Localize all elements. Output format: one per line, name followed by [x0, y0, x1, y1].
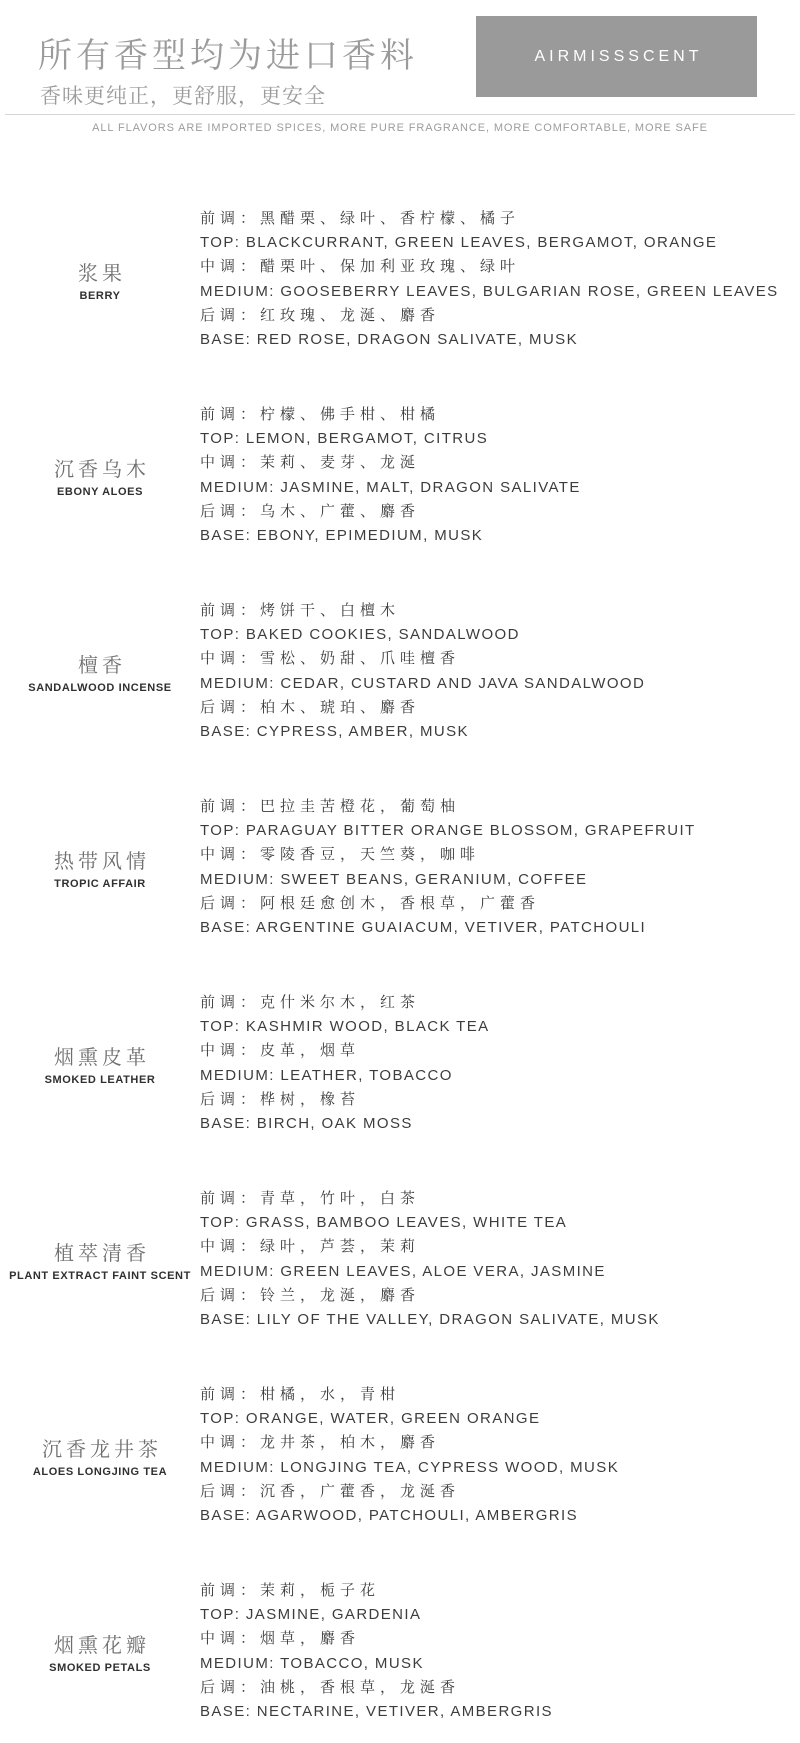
- section-notes: 前调：黑醋栗、绿叶、香柠檬、橘子TOP: BLACKCURRANT, GREEN…: [200, 207, 800, 352]
- note-line: 后调：沉香，广藿香，龙涎香: [200, 1480, 800, 1504]
- note-line: 后调：油桃，香根草，龙涎香: [200, 1676, 800, 1700]
- note-line: BASE: NECTARINE, VETIVER, AMBERGRIS: [200, 1700, 800, 1724]
- note-line: BASE: AGARWOOD, PATCHOULI, AMBERGRIS: [200, 1504, 800, 1528]
- note-line: 前调：青草，竹叶，白茶: [200, 1187, 800, 1211]
- section-name-chinese: 烟熏花瓣: [50, 1629, 150, 1658]
- note-line: 中调：茉莉、麦芽、龙涎: [200, 451, 800, 475]
- note-line: TOP: PARAGUAY BITTER ORANGE BLOSSOM, GRA…: [200, 819, 800, 843]
- note-line: MEDIUM: GREEN LEAVES, ALOE VERA, JASMINE: [200, 1260, 800, 1284]
- note-line: 前调：克什米尔木，红茶: [200, 991, 800, 1015]
- note-line: 前调：柑橘，水，青柑: [200, 1383, 800, 1407]
- fragrance-section: 热带风情 TROPIC AFFAIR 前调：巴拉圭苦橙花，葡萄柚TOP: PAR…: [0, 795, 800, 991]
- note-line: BASE: ARGENTINE GUAIACUM, VETIVER, PATCH…: [200, 916, 800, 940]
- section-name-chinese: 热带风情: [50, 845, 150, 874]
- note-line: 中调：皮革，烟草: [200, 1039, 800, 1063]
- section-label: 浆果 BERRY: [0, 207, 200, 352]
- note-line: 中调：零陵香豆，天竺葵，咖啡: [200, 843, 800, 867]
- note-line: BASE: CYPRESS, AMBER, MUSK: [200, 720, 800, 744]
- fragrance-section: 沉香龙井茶 ALOES LONGJING TEA 前调：柑橘，水，青柑TOP: …: [0, 1383, 800, 1579]
- section-name-english: EBONY ALOES: [57, 486, 143, 498]
- brand-badge: AIRMISSSCENT: [476, 16, 757, 97]
- fragrance-section: 浆果 BERRY 前调：黑醋栗、绿叶、香柠檬、橘子TOP: BLACKCURRA…: [0, 207, 800, 403]
- section-name-english: TROPIC AFFAIR: [54, 878, 146, 890]
- note-line: 前调：茉莉，栀子花: [200, 1579, 800, 1603]
- fragrance-section: 檀香 SANDALWOOD INCENSE 前调：烤饼干、白檀木TOP: BAK…: [0, 599, 800, 795]
- note-line: MEDIUM: SWEET BEANS, GERANIUM, COFFEE: [200, 868, 800, 892]
- section-label: 烟熏花瓣 SMOKED PETALS: [0, 1579, 200, 1724]
- section-name-chinese: 檀香: [74, 649, 126, 678]
- fragrance-section: 植萃清香 PLANT EXTRACT FAINT SCENT 前调：青草，竹叶，…: [0, 1187, 800, 1383]
- section-notes: 前调：茉莉，栀子花TOP: JASMINE, GARDENIA中调：烟草，麝香M…: [200, 1579, 800, 1724]
- note-line: 后调：阿根廷愈创木，香根草，广藿香: [200, 892, 800, 916]
- section-notes: 前调：柑橘，水，青柑TOP: ORANGE, WATER, GREEN ORAN…: [200, 1383, 800, 1528]
- note-line: BASE: LILY OF THE VALLEY, DRAGON SALIVAT…: [200, 1308, 800, 1332]
- section-notes: 前调：克什米尔木，红茶TOP: KASHMIR WOOD, BLACK TEA中…: [200, 991, 800, 1136]
- note-line: MEDIUM: LONGJING TEA, CYPRESS WOOD, MUSK: [200, 1456, 800, 1480]
- section-notes: 前调：柠檬、佛手柑、柑橘TOP: LEMON, BERGAMOT, CITRUS…: [200, 403, 800, 548]
- note-line: 后调：柏木、琥珀、麝香: [200, 696, 800, 720]
- section-name-english: SANDALWOOD INCENSE: [28, 682, 171, 694]
- section-label: 沉香乌木 EBONY ALOES: [0, 403, 200, 548]
- section-label: 沉香龙井茶 ALOES LONGJING TEA: [0, 1383, 200, 1528]
- section-notes: 前调：青草，竹叶，白茶TOP: GRASS, BAMBOO LEAVES, WH…: [200, 1187, 800, 1332]
- section-name-english: SMOKED LEATHER: [45, 1074, 156, 1086]
- section-name-english: BERRY: [79, 290, 120, 302]
- note-line: MEDIUM: JASMINE, MALT, DRAGON SALIVATE: [200, 476, 800, 500]
- section-name-english: SMOKED PETALS: [49, 1662, 151, 1674]
- section-name-chinese: 浆果: [74, 257, 126, 286]
- section-name-english: ALOES LONGJING TEA: [33, 1466, 167, 1478]
- note-line: TOP: JASMINE, GARDENIA: [200, 1603, 800, 1627]
- note-line: BASE: BIRCH, OAK MOSS: [200, 1112, 800, 1136]
- note-line: 后调：桦树，橡苔: [200, 1088, 800, 1112]
- section-name-english: PLANT EXTRACT FAINT SCENT: [9, 1270, 191, 1282]
- fragrance-section: 烟熏花瓣 SMOKED PETALS 前调：茉莉，栀子花TOP: JASMINE…: [0, 1579, 800, 1724]
- section-notes: 前调：烤饼干、白檀木TOP: BAKED COOKIES, SANDALWOOD…: [200, 599, 800, 744]
- note-line: BASE: EBONY, EPIMEDIUM, MUSK: [200, 524, 800, 548]
- fragrance-section: 沉香乌木 EBONY ALOES 前调：柠檬、佛手柑、柑橘TOP: LEMON,…: [0, 403, 800, 599]
- brand-name: AIRMISSSCENT: [530, 48, 702, 66]
- fragrance-section: 烟熏皮革 SMOKED LEATHER 前调：克什米尔木，红茶TOP: KASH…: [0, 991, 800, 1187]
- note-line: 前调：黑醋栗、绿叶、香柠檬、橘子: [200, 207, 800, 231]
- section-name-chinese: 烟熏皮革: [50, 1041, 150, 1070]
- page-title: 所有香型均为进口香料: [38, 28, 418, 77]
- header-divider: [5, 114, 795, 115]
- note-line: 中调：绿叶，芦荟，茉莉: [200, 1235, 800, 1259]
- section-notes: 前调：巴拉圭苦橙花，葡萄柚TOP: PARAGUAY BITTER ORANGE…: [200, 795, 800, 940]
- note-line: TOP: GRASS, BAMBOO LEAVES, WHITE TEA: [200, 1211, 800, 1235]
- section-name-chinese: 沉香龙井茶: [38, 1433, 162, 1462]
- note-line: 中调：雪松、奶甜、爪哇檀香: [200, 647, 800, 671]
- page-header: 所有香型均为进口香料 AIRMISSSCENT 香味更纯正，更舒服，更安全 AL…: [0, 0, 800, 207]
- note-line: TOP: BLACKCURRANT, GREEN LEAVES, BERGAMO…: [200, 231, 800, 255]
- product-fragrance-info-page: 所有香型均为进口香料 AIRMISSSCENT 香味更纯正，更舒服，更安全 AL…: [0, 0, 800, 1743]
- note-line: 后调：红玫瑰、龙涎、麝香: [200, 304, 800, 328]
- note-line: MEDIUM: LEATHER, TOBACCO: [200, 1064, 800, 1088]
- note-line: MEDIUM: CEDAR, CUSTARD AND JAVA SANDALWO…: [200, 672, 800, 696]
- note-line: 中调：醋栗叶、保加利亚玫瑰、绿叶: [200, 255, 800, 279]
- note-line: 中调：龙井茶，柏木，麝香: [200, 1431, 800, 1455]
- note-line: BASE: RED ROSE, DRAGON SALIVATE, MUSK: [200, 328, 800, 352]
- section-label: 檀香 SANDALWOOD INCENSE: [0, 599, 200, 744]
- note-line: MEDIUM: TOBACCO, MUSK: [200, 1652, 800, 1676]
- page-subtitle: 香味更纯正，更舒服，更安全: [40, 80, 326, 110]
- note-line: TOP: ORANGE, WATER, GREEN ORANGE: [200, 1407, 800, 1431]
- note-line: TOP: BAKED COOKIES, SANDALWOOD: [200, 623, 800, 647]
- note-line: 中调：烟草，麝香: [200, 1627, 800, 1651]
- note-line: 前调：烤饼干、白檀木: [200, 599, 800, 623]
- section-name-chinese: 植萃清香: [50, 1237, 150, 1266]
- note-line: 前调：巴拉圭苦橙花，葡萄柚: [200, 795, 800, 819]
- section-label: 热带风情 TROPIC AFFAIR: [0, 795, 200, 940]
- section-name-chinese: 沉香乌木: [50, 453, 150, 482]
- note-line: MEDIUM: GOOSEBERRY LEAVES, BULGARIAN ROS…: [200, 280, 800, 304]
- note-line: TOP: LEMON, BERGAMOT, CITRUS: [200, 427, 800, 451]
- header-caption-english: ALL FLAVORS ARE IMPORTED SPICES, MORE PU…: [0, 122, 800, 134]
- fragrance-section-list: 浆果 BERRY 前调：黑醋栗、绿叶、香柠檬、橘子TOP: BLACKCURRA…: [0, 207, 800, 1724]
- note-line: 后调：乌木、广藿、麝香: [200, 500, 800, 524]
- note-line: 后调：铃兰，龙涎，麝香: [200, 1284, 800, 1308]
- section-label: 植萃清香 PLANT EXTRACT FAINT SCENT: [0, 1187, 200, 1332]
- note-line: 前调：柠檬、佛手柑、柑橘: [200, 403, 800, 427]
- section-label: 烟熏皮革 SMOKED LEATHER: [0, 991, 200, 1136]
- note-line: TOP: KASHMIR WOOD, BLACK TEA: [200, 1015, 800, 1039]
